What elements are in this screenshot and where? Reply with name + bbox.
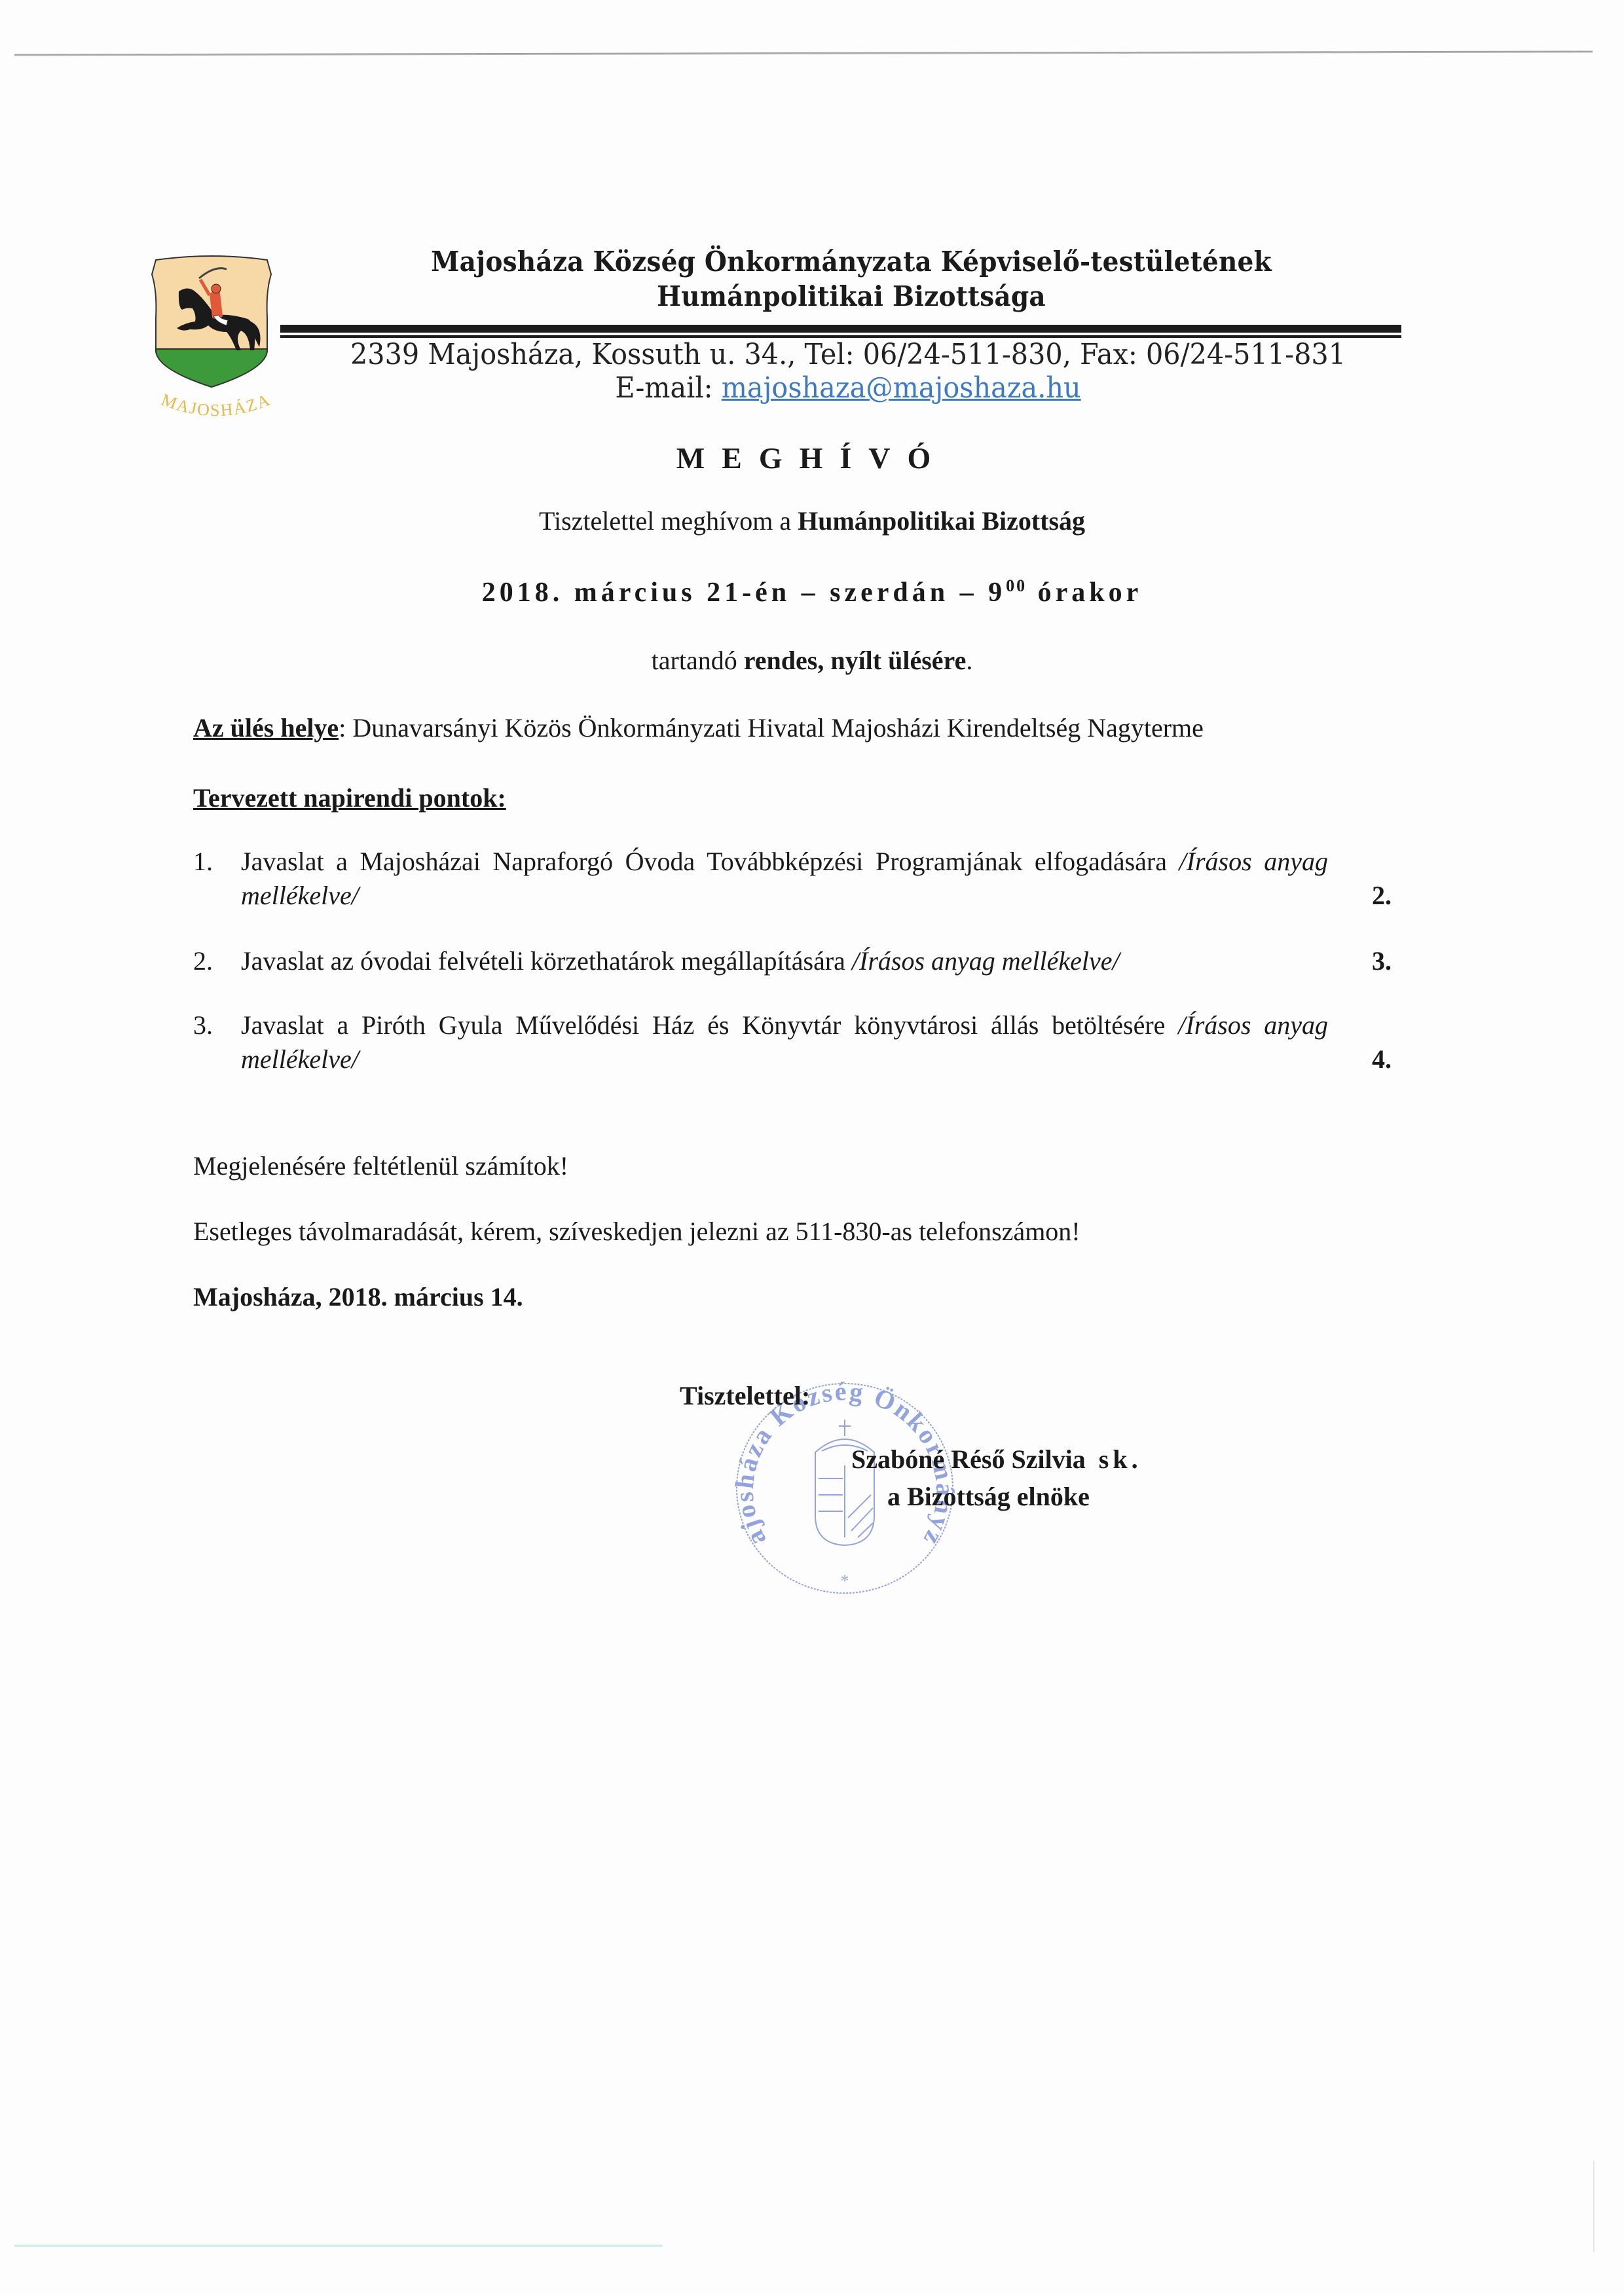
closing-line: Esetleges távolmaradását, kérem, szívesk…: [193, 1216, 1080, 1247]
greeting: Tisztelettel:: [680, 1380, 810, 1411]
letterhead-title: Majosháza Község Önkormányzata Képviselő…: [401, 246, 1302, 278]
letterhead-divider: [280, 325, 1401, 333]
signer-title: a Bizottság elnöke: [887, 1481, 1090, 1512]
meeting-time-suffix: órakor: [1027, 578, 1142, 608]
agenda-item-title: Javaslat az óvodai felvételi körzethatár…: [241, 946, 852, 976]
agenda-item-page: 2.: [1372, 879, 1392, 913]
document-title: MEGHÍVÓ: [0, 441, 1624, 475]
agenda-item-text: Javaslat a Piróth Gyula Művelődési Ház é…: [241, 1008, 1328, 1076]
letterhead-address: 2339 Majosháza, Kossuth u. 34., Tel: 06/…: [328, 338, 1369, 371]
place-and-date: Majosháza, 2018. március 14.: [193, 1281, 523, 1312]
email-label: E-mail:: [615, 371, 721, 405]
scan-edge-mark: [1593, 2161, 1595, 2252]
meeting-type-line: tartandó rendes, nyílt ülésére.: [0, 645, 1624, 676]
agenda-item-number: 3.: [193, 1008, 232, 1042]
meeting-place-label: Az ülés helye: [193, 713, 339, 743]
agenda-item-number: 2.: [193, 944, 232, 978]
meeting-place: Az ülés helye: Dunavarsányi Közös Önkorm…: [193, 712, 1204, 743]
letterhead-email: E-mail: majoshaza@majoshaza.hu: [328, 371, 1369, 405]
agenda-item-text: Javaslat a Majosházai Napraforgó Óvoda T…: [241, 845, 1328, 913]
meeting-place-value: : Dunavarsányi Közös Önkormányzati Hivat…: [339, 713, 1204, 743]
signer-full-name: Szabóné Réső Szilvia: [851, 1444, 1086, 1474]
meeting-type: rendes, nyílt ülésére: [744, 646, 967, 675]
hungarian-coat-of-arms-icon: [815, 1420, 874, 1545]
email-link[interactable]: majoshaza@majoshaza.hu: [722, 371, 1081, 405]
meeting-datetime: 2018. március 21-én – szerdán – 900 órak…: [0, 576, 1624, 608]
agenda-item-title: Javaslat a Piróth Gyula Művelődési Ház é…: [241, 1010, 1178, 1040]
meeting-time-minutes: 00: [1006, 576, 1027, 595]
scan-edge-line: [14, 50, 1593, 56]
crest-caption: MAJOSHÁZA: [138, 386, 295, 432]
agenda-item-page: 3.: [1372, 944, 1392, 978]
scan-edge-mark: [14, 2245, 663, 2247]
invitation-line: Tisztelettel meghívom a Humánpolitikai B…: [0, 505, 1624, 536]
letterhead-subtitle: Humánpolitikai Bizottsága: [401, 280, 1302, 312]
meeting-date: 2018. március 21-én – szerdán – 9: [482, 578, 1006, 608]
agenda-heading: Tervezett napirendi pontok:: [193, 782, 506, 813]
agenda-item-number: 1.: [193, 845, 232, 879]
meeting-type-prefix: tartandó: [652, 646, 744, 675]
signed-mark: sk.: [1099, 1444, 1142, 1474]
agenda-item-title: Javaslat a Majosházai Napraforgó Óvoda T…: [241, 847, 1179, 876]
coat-of-arms-icon: [149, 252, 274, 390]
invitation-prefix: Tisztelettel meghívom a: [539, 506, 798, 536]
agenda-item-note: /Írásos anyag mellékelve/: [852, 946, 1120, 976]
closing-line: Megjelenésére feltétlenül számítok!: [193, 1150, 568, 1181]
svg-text:*: *: [841, 1571, 849, 1590]
invitation-committee: Humánpolitikai Bizottság: [798, 506, 1085, 536]
meeting-type-suffix: .: [966, 646, 972, 675]
agenda-item-page: 4.: [1372, 1042, 1392, 1076]
svg-text:MAJOSHÁZA: MAJOSHÁZA: [159, 390, 274, 420]
signer-name: Szabóné Réső Szilvia sk.: [851, 1444, 1142, 1475]
agenda-item-text: Javaslat az óvodai felvételi körzethatár…: [241, 944, 1328, 978]
